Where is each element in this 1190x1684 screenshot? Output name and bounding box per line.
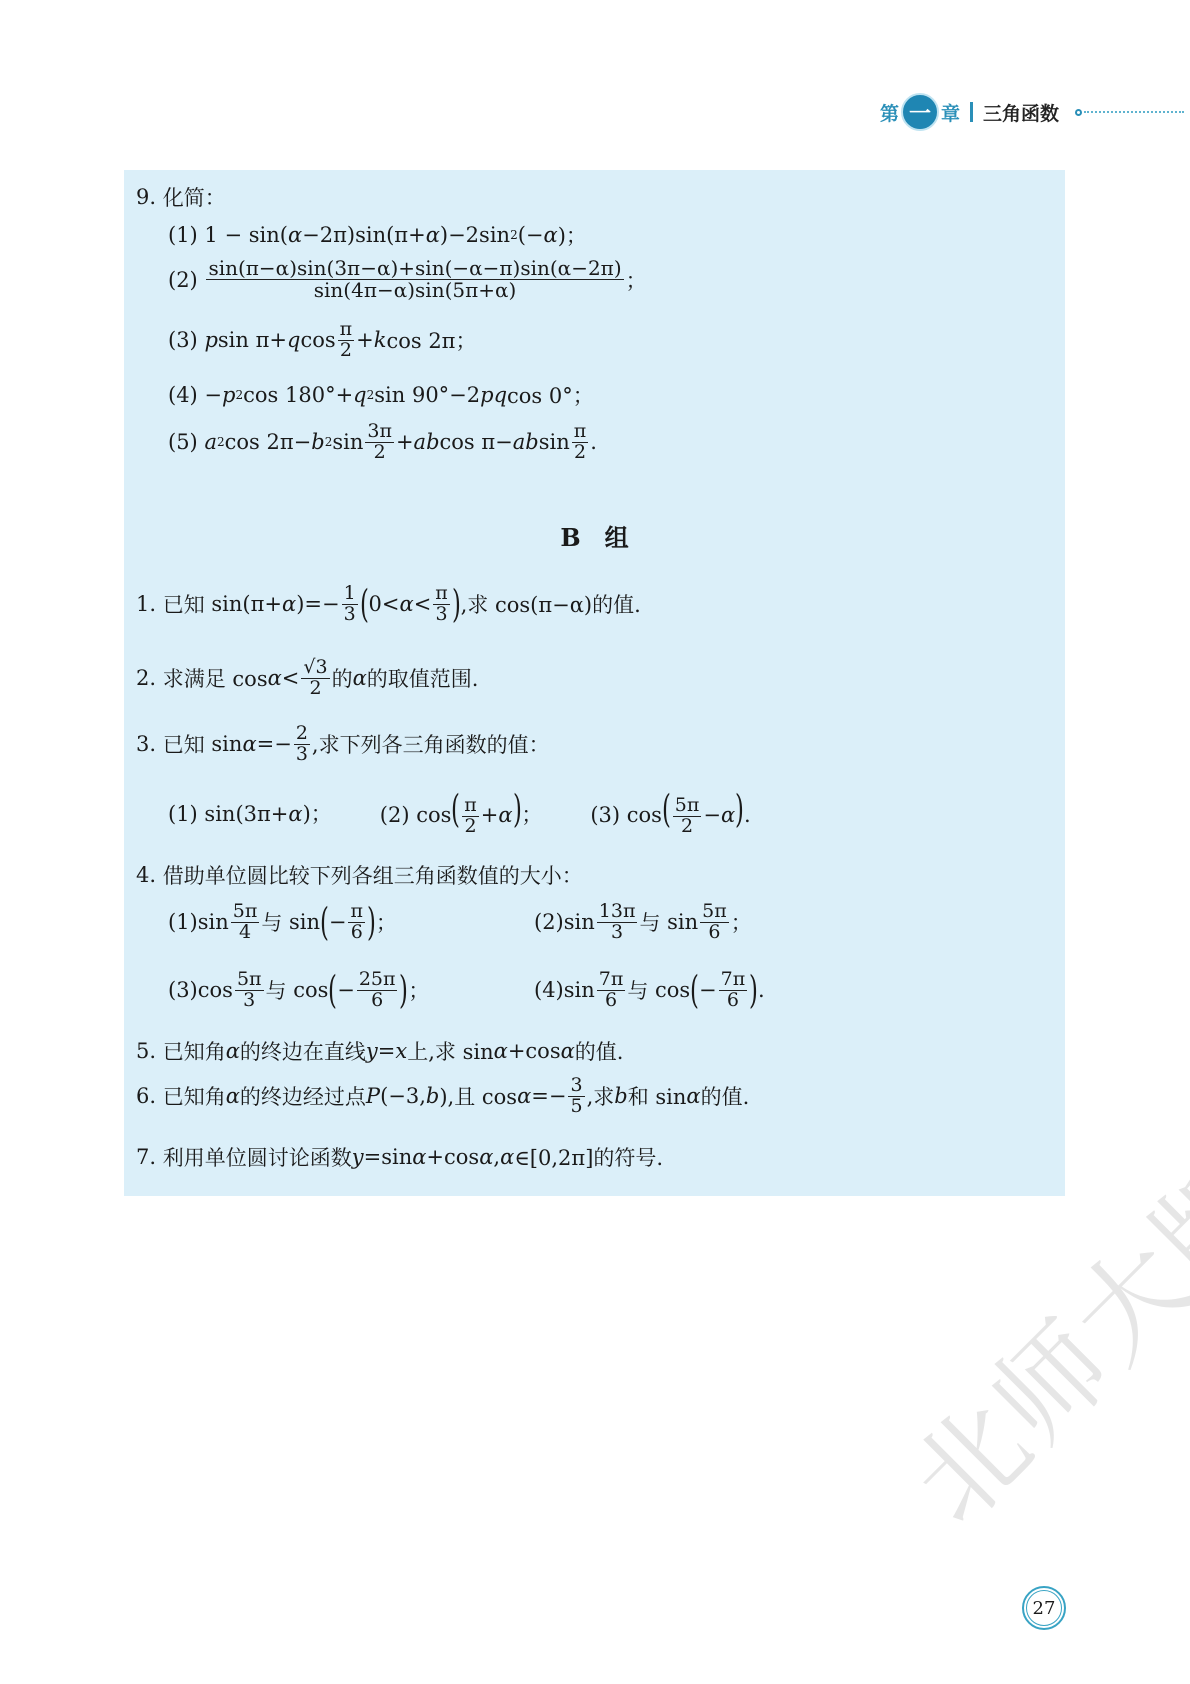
text: 与 [261, 907, 282, 937]
text: ,求 [587, 1081, 615, 1111]
problem-b4: 4. 借助单位圆比较下列各组三角函数值的大小： [136, 860, 583, 890]
problem-number: 3. [136, 732, 156, 756]
problem-number: 2. [136, 666, 156, 690]
text: ∈[0,2π]的符号. [514, 1142, 663, 1172]
numerator: sin(π−α)sin(3π−α)+sin(−α−π)sin(α−2π) [206, 258, 623, 280]
chapter-prefix: 第 [880, 99, 899, 126]
text: 已知 [163, 729, 205, 759]
problem-9-item-2: (2) sin(π−α)sin(3π−α)+sin(−α−π)sin(α−2π)… [168, 258, 647, 301]
subitem: (2) cos(π2+α)； [380, 790, 543, 837]
punctuation: ； [626, 265, 647, 295]
text: 的值. [701, 1081, 750, 1111]
chapter-header: 第 一 章 三角函数 [880, 94, 1184, 130]
text: 利用单位圆讨论函数 [163, 1142, 352, 1172]
text: 与 [627, 975, 648, 1005]
fraction: sin(π−α)sin(3π−α)+sin(−α−π)sin(α−2π) sin… [206, 258, 623, 301]
chapter-number-badge: 一 [901, 93, 939, 131]
item-label: (2) [168, 268, 198, 292]
problem-number: 9. [136, 185, 156, 209]
text: (−3, [380, 1084, 426, 1108]
problem-9-item-4: (4) −p2cos 180°+q2sin 90°−2pqcos 0°； [168, 380, 594, 410]
header-dot-icon [1075, 109, 1082, 116]
item-label: (4) [168, 383, 198, 407]
text: ,求下列各三角函数的值： [312, 729, 550, 759]
problem-number: 6. [136, 1084, 156, 1108]
text: +cos [426, 1145, 479, 1169]
problem-9-item-3: (3) psin π+qcosπ2+kcos 2π； [168, 320, 477, 361]
text: +cos [508, 1039, 561, 1063]
item-label: (5) [168, 430, 198, 454]
chapter-suffix: 章 [941, 99, 960, 126]
problem-b4-item-1: (1)sin5π4与 sin(−π6)； [168, 902, 397, 943]
problem-b5: 5. 已知角 α 的终边在直线 y=x 上,求 sin α+cos α 的值. [136, 1036, 623, 1066]
text: 和 sin [628, 1081, 687, 1111]
text: ),且 cos [439, 1081, 517, 1111]
text: 与 [639, 907, 660, 937]
problem-number: 4. [136, 863, 156, 887]
problem-number: 5. [136, 1039, 156, 1063]
text: 的取值范围. [367, 663, 479, 693]
text: 求满足 cos [163, 663, 268, 693]
problem-b6: 6. 已知角 α 的终边经过点 P(−3,b),且 cos α=−35,求 b … [136, 1076, 749, 1117]
problem-b1: 1. 已知 sin(π+α)=−13(0<α<π3),求 cos(π−α)的值. [136, 584, 641, 625]
subitem: (1) sin(3π+α)； [168, 798, 332, 828]
text: 已知角 [163, 1036, 226, 1066]
text: 的终边在直线 [240, 1036, 366, 1066]
text: =sin [364, 1145, 413, 1169]
denominator: sin(4π−α)sin(5π+α) [312, 280, 519, 301]
text: 的值. [575, 1036, 624, 1066]
header-dotted-line [1084, 111, 1184, 113]
subitem: (3) cos(5π2−α). [590, 790, 750, 837]
problem-b3-subitems: (1) sin(3π+α)； (2) cos(π2+α)； (3) cos(5π… [168, 790, 751, 837]
problem-b3: 3. 已知 sin α=−23,求下列各三角函数的值： [136, 724, 550, 765]
chapter-title: 三角函数 [983, 99, 1059, 126]
item-label: (1) [168, 223, 198, 247]
page-number: 27 [1026, 1590, 1062, 1626]
text: ,求 cos(π−α)的值. [461, 589, 641, 619]
problem-b7: 7. 利用单位圆讨论函数 y=sin α+cos α,α∈[0,2π]的符号. [136, 1142, 663, 1172]
text: 已知 [163, 589, 205, 619]
text: 已知角 [163, 1081, 226, 1111]
problem-b4-item-2: (2)sin13π3与 sin5π6； [534, 902, 752, 943]
text: 的终边经过点 [240, 1081, 366, 1111]
problem-number: 7. [136, 1145, 156, 1169]
text: 上,求 sin [407, 1036, 493, 1066]
text: 与 [266, 975, 287, 1005]
problem-b4-item-3: (3)cos5π3与 cos(−25π6)； [168, 970, 429, 1011]
text: 的 [332, 663, 353, 693]
problem-b2: 2. 求满足 cos α<√32的 α 的取值范围. [136, 658, 478, 699]
problem-9-title: 9. 化简： [136, 182, 226, 212]
problem-number: 1. [136, 592, 156, 616]
page-number-badge: 27 [1022, 1586, 1066, 1630]
problem-9-item-1: (1) 1 − sin(α−2π)sin(π+α)−2sin2(−α)； [168, 220, 587, 250]
item-label: (3) [168, 328, 198, 352]
problem-text: 化简： [163, 182, 226, 212]
text: 借助单位圆比较下列各组三角函数值的大小： [163, 860, 583, 890]
problem-b4-item-4: (4)sin7π6与 cos(−7π6). [534, 970, 765, 1011]
exercise-box: 9. 化简： (1) 1 − sin(α−2π)sin(π+α)−2sin2(−… [124, 170, 1065, 1196]
problem-9-item-5: (5) a2cos 2π−b2sin3π2+abcos π−absinπ2. [168, 422, 597, 463]
header-divider [970, 102, 973, 122]
group-b-title: B 组 [124, 518, 1065, 553]
